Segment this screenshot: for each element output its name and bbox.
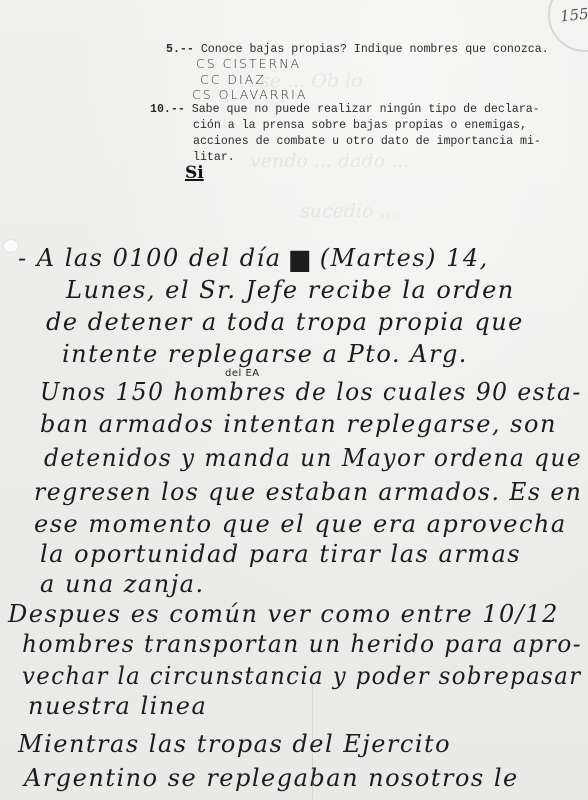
question-number: 5.-- [166, 43, 194, 56]
handwritten-line: Mientras las tropas del Ejercito [18, 730, 451, 758]
handwritten-line: Unos 150 hombres de los cuales 90 esta- [40, 378, 582, 406]
handwritten-line: a una zanja. [40, 570, 205, 598]
handwritten-line: - A las 0100 del día ▆ (Martes) 14, [18, 244, 489, 272]
answer-si: Si [185, 163, 204, 183]
question-10-line: acciones de combate u otro dato de impor… [193, 134, 541, 150]
handwritten-line: hombres transportan un herido para apro- [22, 630, 582, 658]
handwritten-line: regresen los que estaban armados. Es en [34, 478, 582, 506]
folio-number: 155 [559, 5, 588, 26]
handwritten-line: nuestra linea [28, 692, 207, 720]
question-text-line: Sabe que no puede realizar ningún tipo d… [192, 103, 540, 116]
bleed-through-text: vendo ... dado ... [250, 150, 409, 172]
punch-hole [4, 240, 18, 252]
document-page: 155 se ... Ob lo vendo ... dado ... suce… [0, 0, 588, 800]
handwritten-line: detenidos y manda un Mayor ordena que [44, 444, 582, 472]
handwritten-line: Lunes, el Sr. Jefe recibe la orden [66, 276, 515, 304]
question-number: 10.-- [150, 103, 185, 116]
answer-name: CS OLAVARRIA [192, 87, 307, 102]
answer-name: CS CISTERNA [196, 56, 301, 71]
handwritten-line: la oportunidad para tirar las armas [40, 540, 521, 568]
handwritten-line: vechar la circunstancia y poder sobrepas… [22, 662, 582, 690]
handwritten-line: ese momento que el que era aprovecha [34, 510, 567, 538]
handwritten-line: intente replegarse a Pto. Arg. [62, 340, 468, 368]
handwritten-line: de detener a toda tropa propia que [46, 308, 524, 336]
question-text: Conoce bajas propias? Indique nombres qu… [201, 43, 549, 56]
fold-line [312, 680, 314, 800]
question-10-line: ción a la prensa sobre bajas propias o e… [193, 118, 527, 134]
handwritten-line: Despues es común ver como entre 10/12 [8, 600, 559, 628]
handwritten-line: ban armados intentan replegarse, son [40, 410, 557, 438]
question-10: 10.-- Sabe que no puede realizar ningún … [150, 102, 540, 118]
handwritten-line: Argentino se replegaban nosotros le [24, 764, 519, 792]
answer-name: CC DIAZ [200, 72, 266, 87]
bleed-through-text: sucedio ... [300, 200, 398, 222]
